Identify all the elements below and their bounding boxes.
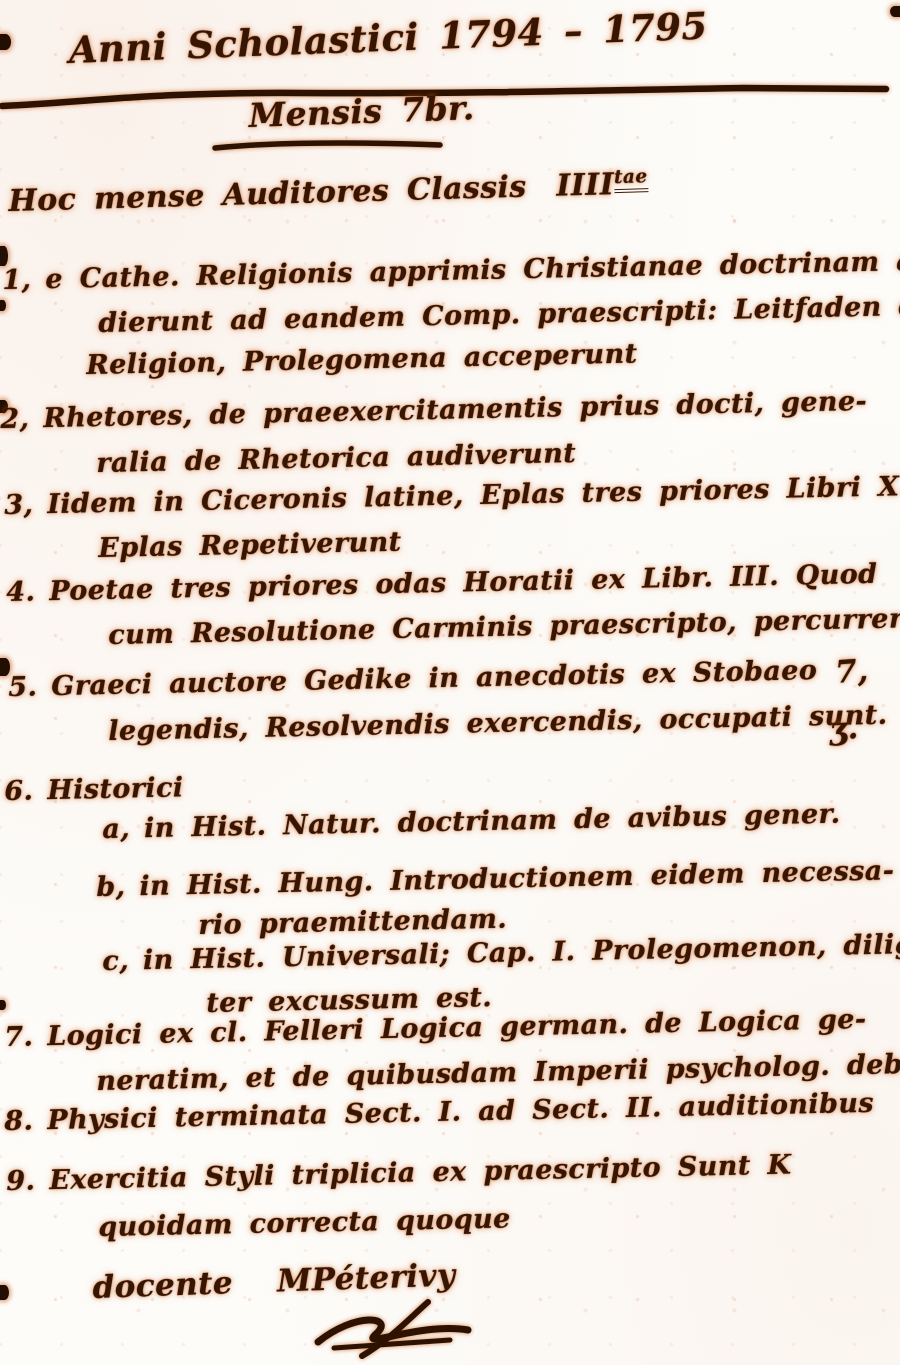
margin-mark-1: 7, <box>834 653 870 691</box>
item-2-line-1: 2,Rhetores, de praeexercitamentis prius … <box>0 386 867 435</box>
item-6a-letter: a, <box>102 813 130 845</box>
item-2-number: 2, <box>0 403 30 435</box>
item-1-line-1: 1,e Cathe. Religionis apprimis Christian… <box>2 245 900 296</box>
item-5-line-2: legendis, Resolvendis exercendis, occupa… <box>108 700 888 747</box>
item-4-number: 4. <box>6 576 36 608</box>
scan-edge-smudge <box>0 246 8 266</box>
item-1-text: e Cathe. Religionis apprimis Christianae… <box>45 245 900 295</box>
item-3-number: 3, <box>4 489 34 521</box>
item-2-line-2: ralia de Rhetorica audiverunt <box>96 438 576 479</box>
item-6b-letter: b, <box>96 871 126 903</box>
item-4-line-1: 4.Poetae tres priores odas Horatii ex Li… <box>6 559 878 608</box>
item-1-line-2: dierunt ad eandem Comp. praescripti: Lei… <box>98 290 900 339</box>
item-7-number: 7. <box>4 1021 34 1053</box>
item-3-line-1: 3,Iidem in Ciceronis latine, Eplas tres … <box>4 471 900 521</box>
scan-edge-smudge <box>890 6 900 17</box>
item-6b-line-2: rio praemittendam. <box>198 904 507 941</box>
signature-name: MPéterivy <box>276 1257 455 1299</box>
class-numeral: IIII <box>556 167 615 204</box>
item-6c-letter: c, <box>102 945 129 977</box>
item-5-line-1: 5.Graeci auctore Gedike in anecdotis ex … <box>8 655 818 703</box>
item-4-line-2: cum Resolutione Carminis praescripto, pe… <box>108 602 900 651</box>
item-5-text: Graeci auctore Gedike in anecdotis ex St… <box>51 655 818 702</box>
item-6b-line-1: b,in Hist. Hung. Introductionem eidem ne… <box>96 855 895 903</box>
subtitle-underline <box>212 138 444 152</box>
scan-edge-smudge <box>0 1000 6 1010</box>
item-8-number: 8. <box>4 1105 34 1137</box>
item-3-text: Iidem in Ciceronis latine, Eplas tres pr… <box>47 471 900 520</box>
item-2-text: Rhetores, de praeexercitamentis prius do… <box>43 386 867 434</box>
item-6a-line-1: a,in Hist. Natur. doctrinam de avibus ge… <box>102 799 841 845</box>
scan-edge-smudge <box>0 300 6 311</box>
signature-prefix: docente <box>92 1265 234 1306</box>
item-9-line-2: quoidam correcta quoque <box>98 1203 511 1243</box>
item-6-line-1: 6.Historici <box>4 772 184 807</box>
item-3-line-2: Eplas Repetiverunt <box>98 527 402 564</box>
section-heading: Hoc mense Auditores Classis IIIItae <box>8 166 648 219</box>
item-5-number: 5. <box>8 671 38 703</box>
item-9-text: Exercitia Styli triplicia ex praescripto… <box>49 1150 792 1197</box>
scan-edge-smudge <box>0 1285 9 1300</box>
item-6a-text: in Hist. Natur. doctrinam de avibus gene… <box>144 799 841 845</box>
manuscript-page: Anni Scholastici 1794 – 1795 Mensis 7br.… <box>0 0 900 1365</box>
item-4-text: Poetae tres priores odas Horatii ex Libr… <box>49 559 878 607</box>
item-6b-text: in Hist. Hung. Introductionem eidem nece… <box>139 855 894 902</box>
document-title: Anni Scholastici 1794 – 1795 <box>68 3 708 72</box>
class-numeral-suffix: tae <box>614 166 648 193</box>
document-subtitle: Mensis 7br. <box>248 88 475 135</box>
item-6-number: 6. <box>4 775 34 807</box>
heading-text: Hoc mense Auditores Classis <box>8 170 527 219</box>
scan-edge-smudge <box>0 34 11 50</box>
item-9-line-1: 9.Exercitia Styli triplicia ex praescrip… <box>6 1150 792 1197</box>
item-6-text: Historici <box>47 772 184 806</box>
item-9-number: 9. <box>6 1165 36 1197</box>
signature-flourish <box>300 1298 500 1362</box>
item-1-number: 1, <box>2 264 32 296</box>
item-1-line-3: Religion, Prolegomena acceperunt <box>86 338 638 381</box>
margin-mark-2: ʒ. <box>828 710 860 748</box>
